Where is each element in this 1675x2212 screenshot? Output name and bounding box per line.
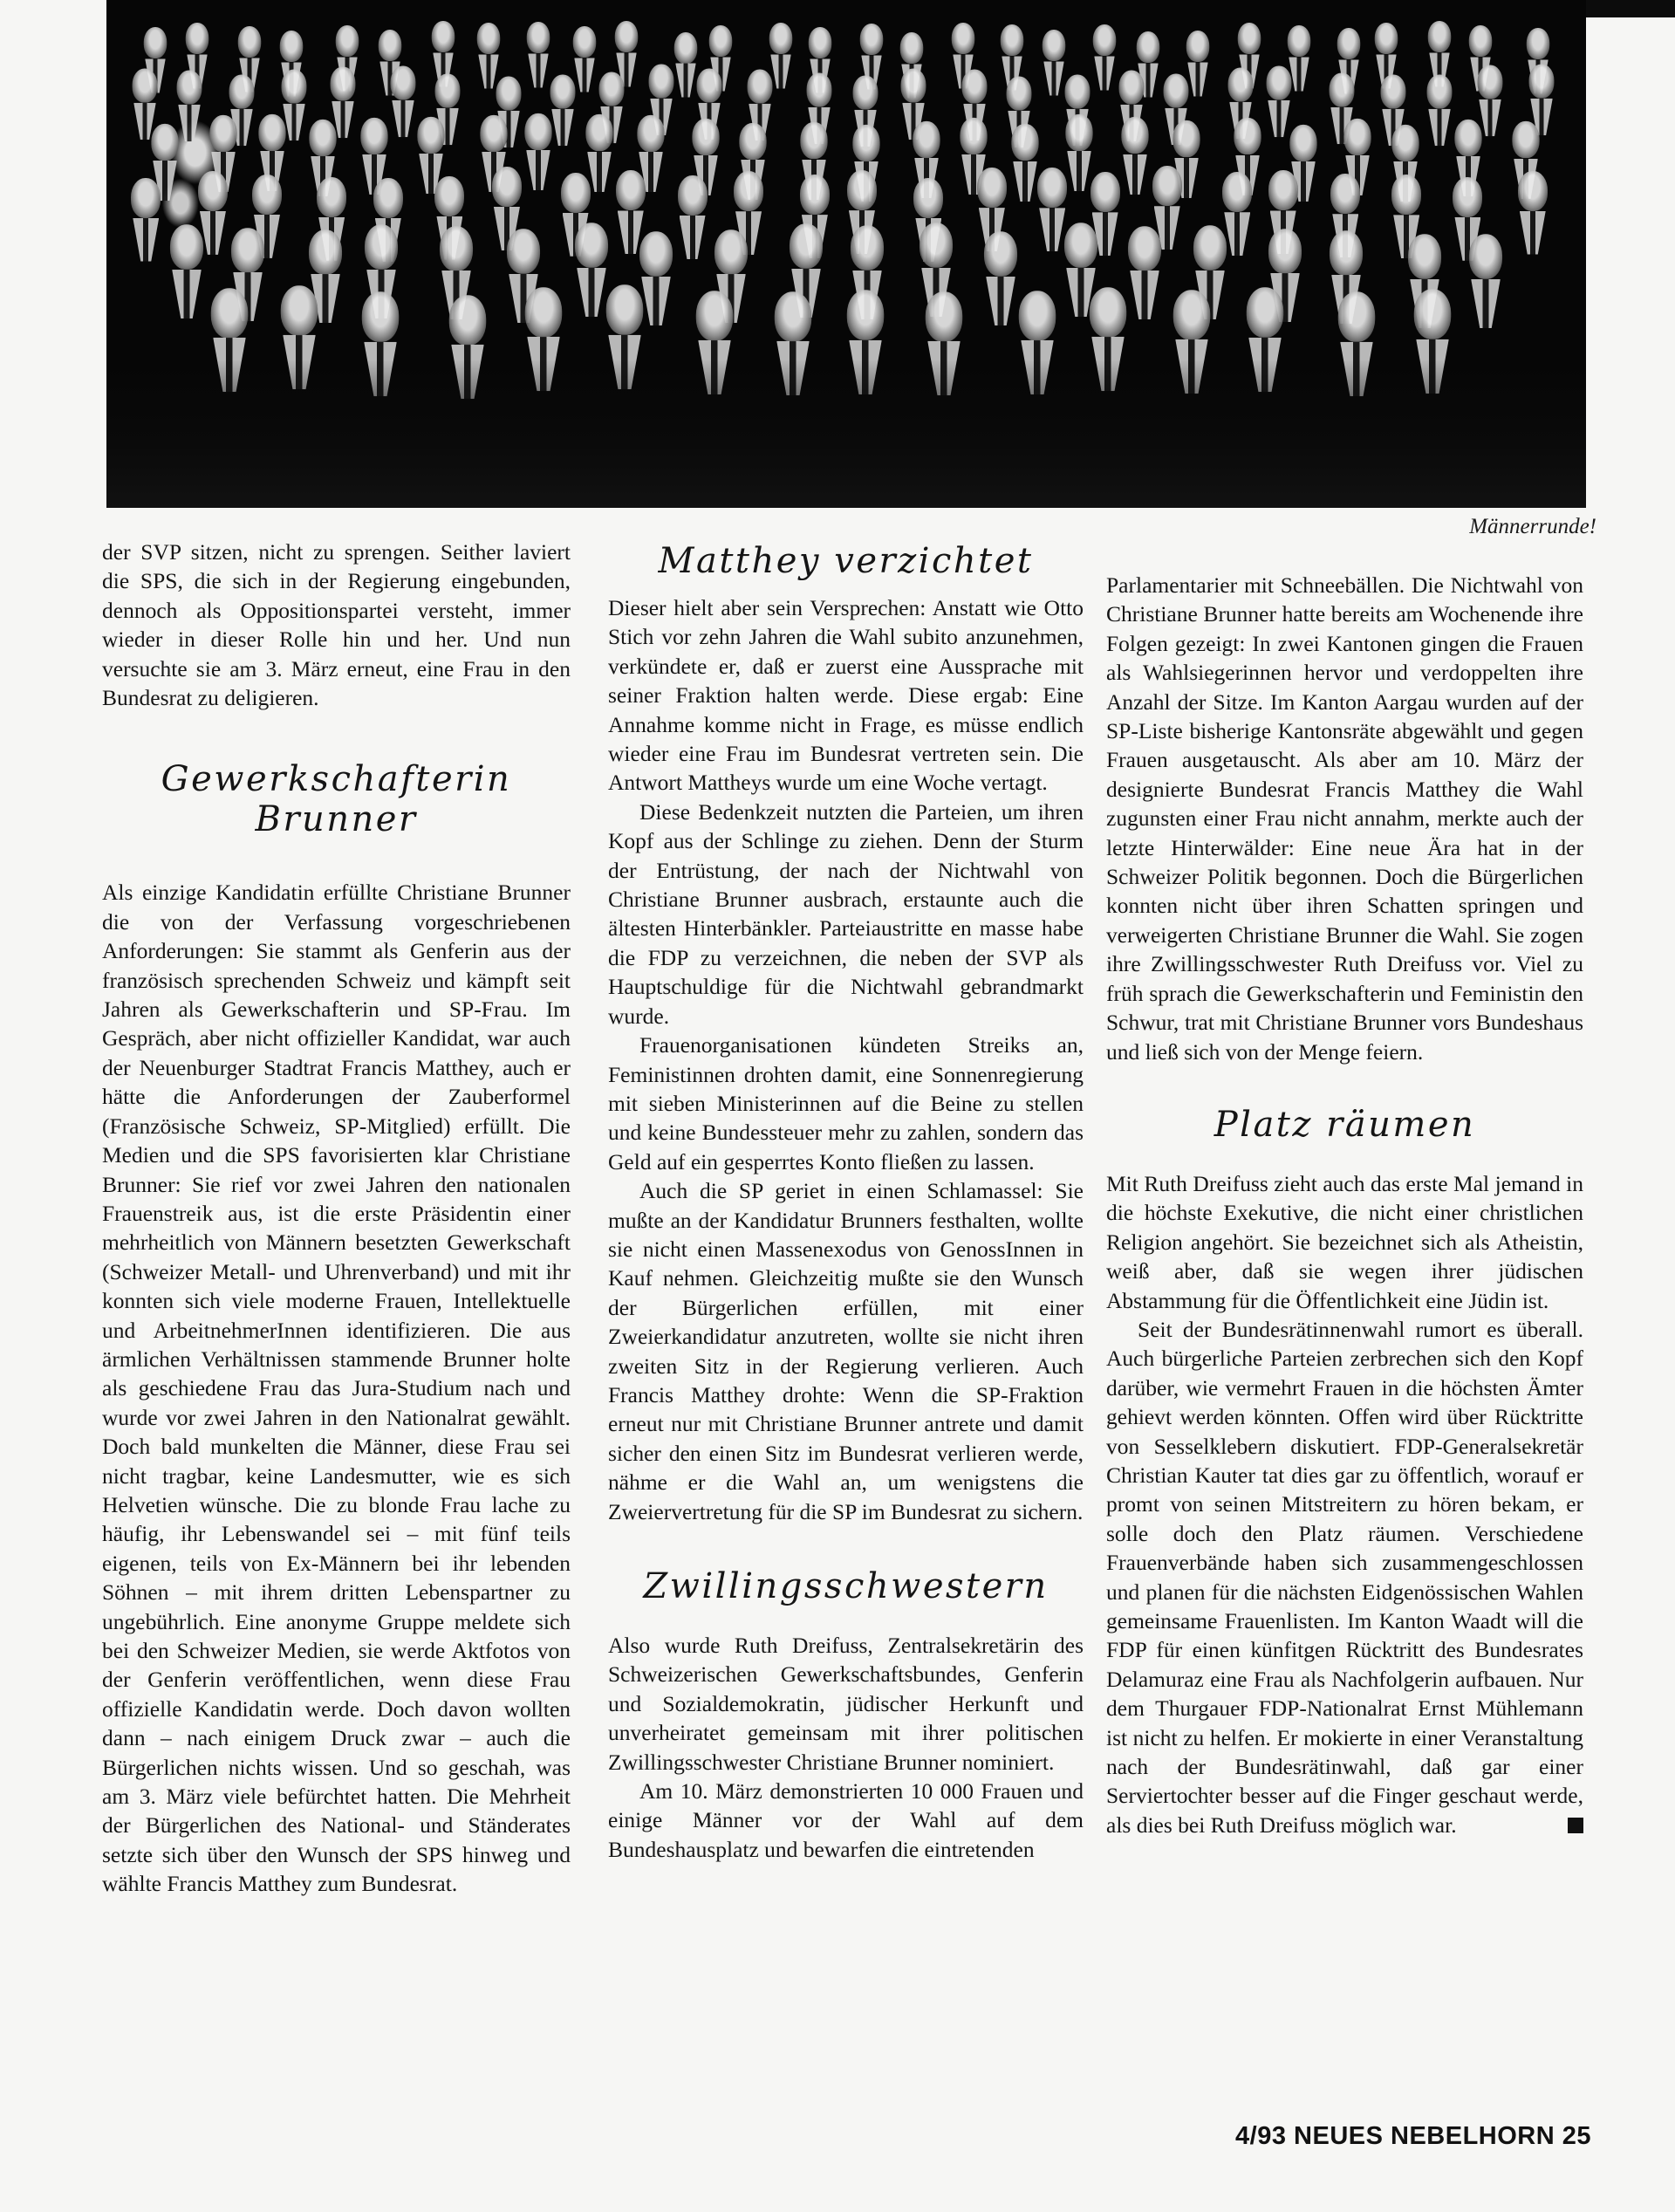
face-shape — [960, 118, 987, 154]
face-shape — [1152, 166, 1182, 206]
face-shape — [527, 22, 550, 53]
face-shape — [920, 223, 953, 269]
paragraph: Am 10. März demonstrierten 10 000 Frauen… — [608, 1777, 1084, 1864]
paragraph: Parlamentarier mit Schneebällen. Die Nic… — [1106, 571, 1583, 1066]
face-shape — [1478, 65, 1503, 99]
face-shape — [1043, 30, 1066, 61]
face-shape — [231, 228, 264, 273]
face-shape — [198, 171, 228, 211]
face-shape — [229, 74, 254, 108]
shirt-collar-shape — [551, 109, 574, 147]
face-shape — [1064, 75, 1090, 109]
face-shape — [913, 178, 943, 218]
face-shape — [573, 26, 597, 58]
face-shape — [696, 291, 734, 341]
face-shape — [1287, 25, 1310, 57]
face-shape — [852, 76, 878, 110]
shirt-collar-shape — [283, 104, 305, 141]
face-shape — [1001, 24, 1024, 56]
face-shape — [362, 291, 400, 342]
face-shape — [1338, 292, 1376, 343]
face-shape — [496, 76, 522, 110]
face-shape — [335, 25, 359, 57]
face-shape — [1426, 74, 1452, 108]
face-shape — [238, 26, 262, 58]
face-shape — [606, 284, 644, 335]
shirt-collar-shape — [1013, 161, 1037, 202]
face-shape — [734, 171, 763, 211]
shirt-collar-shape — [172, 270, 202, 318]
shirt-collar-shape — [588, 152, 612, 192]
shirt-collar-shape — [680, 216, 706, 259]
face-shape — [1518, 171, 1548, 211]
face-shape — [1237, 23, 1261, 54]
face-shape — [1222, 172, 1252, 212]
shirt-collar-shape — [178, 105, 201, 142]
face-shape — [674, 32, 698, 64]
face-shape — [1007, 76, 1032, 110]
face-shape — [790, 224, 823, 270]
face-shape — [614, 21, 638, 52]
face-shape — [280, 31, 304, 62]
face-shape — [435, 73, 461, 107]
face-shape — [481, 115, 508, 152]
face-shape — [637, 114, 664, 151]
face-shape — [259, 114, 286, 151]
face-shape — [962, 70, 988, 104]
face-shape — [1414, 290, 1452, 340]
face-shape — [434, 176, 464, 216]
face-shape — [586, 114, 613, 151]
face-shape — [697, 68, 722, 102]
scan-edge-strip — [1586, 0, 1675, 17]
paragraph: Mit Ruth Dreifuss zieht auch das erste M… — [1106, 1169, 1583, 1315]
face-shape — [507, 229, 540, 274]
face-shape — [360, 118, 387, 154]
face-shape — [131, 178, 161, 218]
shirt-collar-shape — [478, 55, 498, 89]
face-shape — [807, 73, 832, 107]
face-shape — [800, 175, 830, 215]
end-of-article-icon: ⌘ — [1568, 1818, 1583, 1833]
face-shape — [1164, 74, 1189, 108]
face-shape — [1469, 234, 1502, 279]
face-shape — [281, 70, 306, 104]
section-heading-gewerkschafterin: Gewerkschafterin Brunner — [102, 759, 571, 839]
group-photo — [106, 0, 1586, 508]
face-shape — [1528, 65, 1554, 99]
face-shape — [281, 285, 318, 336]
face-shape — [211, 288, 249, 339]
face-shape — [133, 68, 158, 102]
heading-line: Brunner — [255, 799, 417, 839]
face-shape — [952, 23, 975, 54]
face-shape — [1267, 66, 1292, 100]
shirt-collar-shape — [133, 218, 159, 262]
shirt-collar-shape — [1224, 212, 1250, 256]
face-shape — [1193, 225, 1227, 271]
section-heading-matthey: Matthey verzichtet — [608, 541, 1084, 581]
face-shape — [693, 119, 720, 155]
paragraph: Seit der Bundesrätinnenwahl rumort es üb… — [1106, 1315, 1583, 1839]
face-shape — [1247, 288, 1284, 339]
face-shape — [739, 122, 766, 159]
face-shape — [525, 287, 563, 338]
face-shape — [1128, 226, 1161, 271]
face-shape — [561, 173, 591, 213]
face-shape — [748, 69, 773, 103]
shirt-collar-shape — [574, 58, 594, 92]
shirt-collar-shape — [1067, 151, 1091, 191]
face-shape — [925, 291, 962, 342]
face-shape — [1268, 170, 1298, 210]
face-shape — [379, 30, 402, 61]
face-shape — [144, 27, 167, 58]
face-shape — [1469, 25, 1493, 57]
shirt-collar-shape — [1039, 208, 1065, 251]
face-shape — [852, 125, 879, 161]
shirt-collar-shape — [770, 54, 790, 88]
shirt-collar-shape — [529, 54, 549, 88]
face-shape — [1343, 119, 1371, 155]
face-shape — [851, 225, 884, 271]
face-shape — [1011, 124, 1038, 161]
shirt-collar-shape — [1268, 100, 1291, 138]
shirt-collar-shape — [200, 211, 226, 255]
photo-shadow — [106, 360, 1586, 508]
photo-caption: Männerrunde! — [1469, 515, 1596, 539]
paragraph: Dieser hielt aber sein Versprechen: Anst… — [608, 593, 1084, 798]
shirt-collar-shape — [1289, 57, 1309, 91]
shirt-collar-shape — [1520, 211, 1546, 255]
face-shape — [899, 32, 923, 64]
face-shape — [1228, 67, 1254, 101]
face-shape — [1173, 290, 1211, 340]
shirt-collar-shape — [392, 100, 414, 138]
face-shape — [847, 290, 885, 340]
face-shape — [678, 175, 708, 216]
face-shape — [373, 178, 403, 218]
face-shape — [1121, 117, 1148, 154]
shirt-collar-shape — [1123, 154, 1147, 195]
face-shape — [1268, 229, 1302, 274]
face-shape — [1289, 125, 1316, 161]
face-shape — [1381, 75, 1406, 109]
face-shape — [550, 74, 575, 108]
face-shape — [1090, 172, 1120, 212]
face-shape — [616, 170, 646, 210]
face-shape — [1427, 21, 1451, 52]
shirt-collar-shape — [1480, 99, 1502, 136]
shirt-collar-shape — [1043, 61, 1063, 95]
face-shape — [1375, 23, 1398, 54]
face-shape — [210, 115, 237, 152]
face-shape — [847, 170, 877, 210]
face-shape — [476, 23, 500, 54]
face-shape — [151, 123, 178, 160]
face-shape — [1454, 120, 1481, 156]
face-shape — [1090, 287, 1127, 338]
face-shape — [390, 65, 415, 99]
shirt-collar-shape — [1428, 108, 1451, 146]
face-shape — [809, 27, 832, 58]
face-shape — [1064, 223, 1097, 269]
article-column-2: Matthey verzichtet Dieser hielt aber sei… — [608, 541, 1084, 1864]
face-shape — [1330, 230, 1363, 276]
article-column-3: Parlamentarier mit Schneebällen. Die Nic… — [1106, 571, 1583, 1839]
face-shape — [1065, 114, 1092, 151]
face-shape — [901, 68, 926, 102]
face-shape — [432, 21, 455, 52]
face-shape — [170, 225, 203, 271]
shirt-collar-shape — [526, 150, 550, 190]
face-shape — [775, 291, 812, 342]
face-shape — [252, 175, 282, 215]
face-shape — [417, 117, 444, 154]
face-shape — [365, 225, 398, 271]
shirt-collar-shape — [641, 277, 671, 325]
shirt-collar-shape — [1187, 63, 1207, 97]
shirt-collar-shape — [1471, 279, 1501, 328]
face-shape — [1186, 31, 1210, 62]
face-shape — [648, 65, 673, 99]
face-shape — [977, 168, 1007, 208]
face-shape — [1408, 235, 1441, 280]
face-shape — [769, 23, 793, 54]
paragraph-text: Seit der Bundesrätinnenwahl rumort es üb… — [1106, 1317, 1583, 1838]
face-shape — [317, 177, 346, 217]
face-shape — [1391, 124, 1419, 161]
shirt-collar-shape — [675, 64, 695, 98]
face-shape — [1037, 168, 1067, 208]
face-shape — [1453, 177, 1482, 217]
face-shape — [1118, 70, 1144, 104]
paragraph: Frauenorganisationen kündeten Streiks an… — [608, 1031, 1084, 1176]
paragraph: Auch die SP geriet in einen Schlamassel:… — [608, 1176, 1084, 1526]
shirt-collar-shape — [1094, 56, 1114, 90]
face-shape — [1337, 28, 1361, 59]
heading-line: Gewerkschafterin — [161, 759, 512, 799]
section-heading-platz-raeumen: Platz räumen — [1106, 1105, 1583, 1145]
face-shape — [310, 120, 337, 156]
shirt-collar-shape — [1130, 271, 1159, 319]
face-shape — [860, 24, 884, 55]
face-shape — [1019, 291, 1056, 341]
paragraph: Als einzige Kandidatin erfüllte Christia… — [102, 878, 571, 1898]
face-shape — [449, 295, 487, 346]
section-heading-zwillingsschwestern: Zwillingsschwestern — [608, 1566, 1084, 1606]
face-shape — [599, 72, 625, 106]
face-shape — [1136, 31, 1159, 63]
face-shape — [714, 229, 748, 275]
paragraph: Diese Bedenkzeit nutzten die Parteien, u… — [608, 798, 1084, 1031]
face-shape — [913, 121, 940, 158]
face-shape — [1526, 28, 1549, 59]
face-shape — [1513, 121, 1540, 158]
face-shape — [639, 232, 673, 277]
face-shape — [524, 113, 551, 150]
face-shape — [1093, 24, 1117, 56]
face-shape — [1330, 72, 1355, 106]
shirt-collar-shape — [577, 268, 606, 317]
face-shape — [1234, 118, 1261, 154]
shirt-collar-shape — [986, 277, 1015, 325]
face-shape — [331, 67, 356, 101]
face-shape — [309, 229, 342, 275]
face-shape — [575, 223, 608, 269]
face-shape — [1330, 174, 1360, 214]
paragraph: Also wurde Ruth Dreifuss, Zentralsekretä… — [608, 1631, 1084, 1777]
face-shape — [1391, 175, 1421, 215]
face-shape — [440, 226, 473, 271]
face-shape — [800, 122, 827, 159]
face-shape — [1173, 120, 1200, 157]
page-folio: 4/93 NEUES NEBELHORN 25 — [1235, 2122, 1591, 2151]
article-column-1: der SVP sitzen, nicht zu sprengen. Seith… — [102, 538, 571, 1899]
face-shape — [708, 25, 732, 57]
face-shape — [492, 167, 522, 207]
paragraph: der SVP sitzen, nicht zu sprengen. Seith… — [102, 538, 571, 712]
face-shape — [185, 23, 209, 54]
face-shape — [176, 70, 202, 104]
face-shape — [984, 231, 1017, 277]
